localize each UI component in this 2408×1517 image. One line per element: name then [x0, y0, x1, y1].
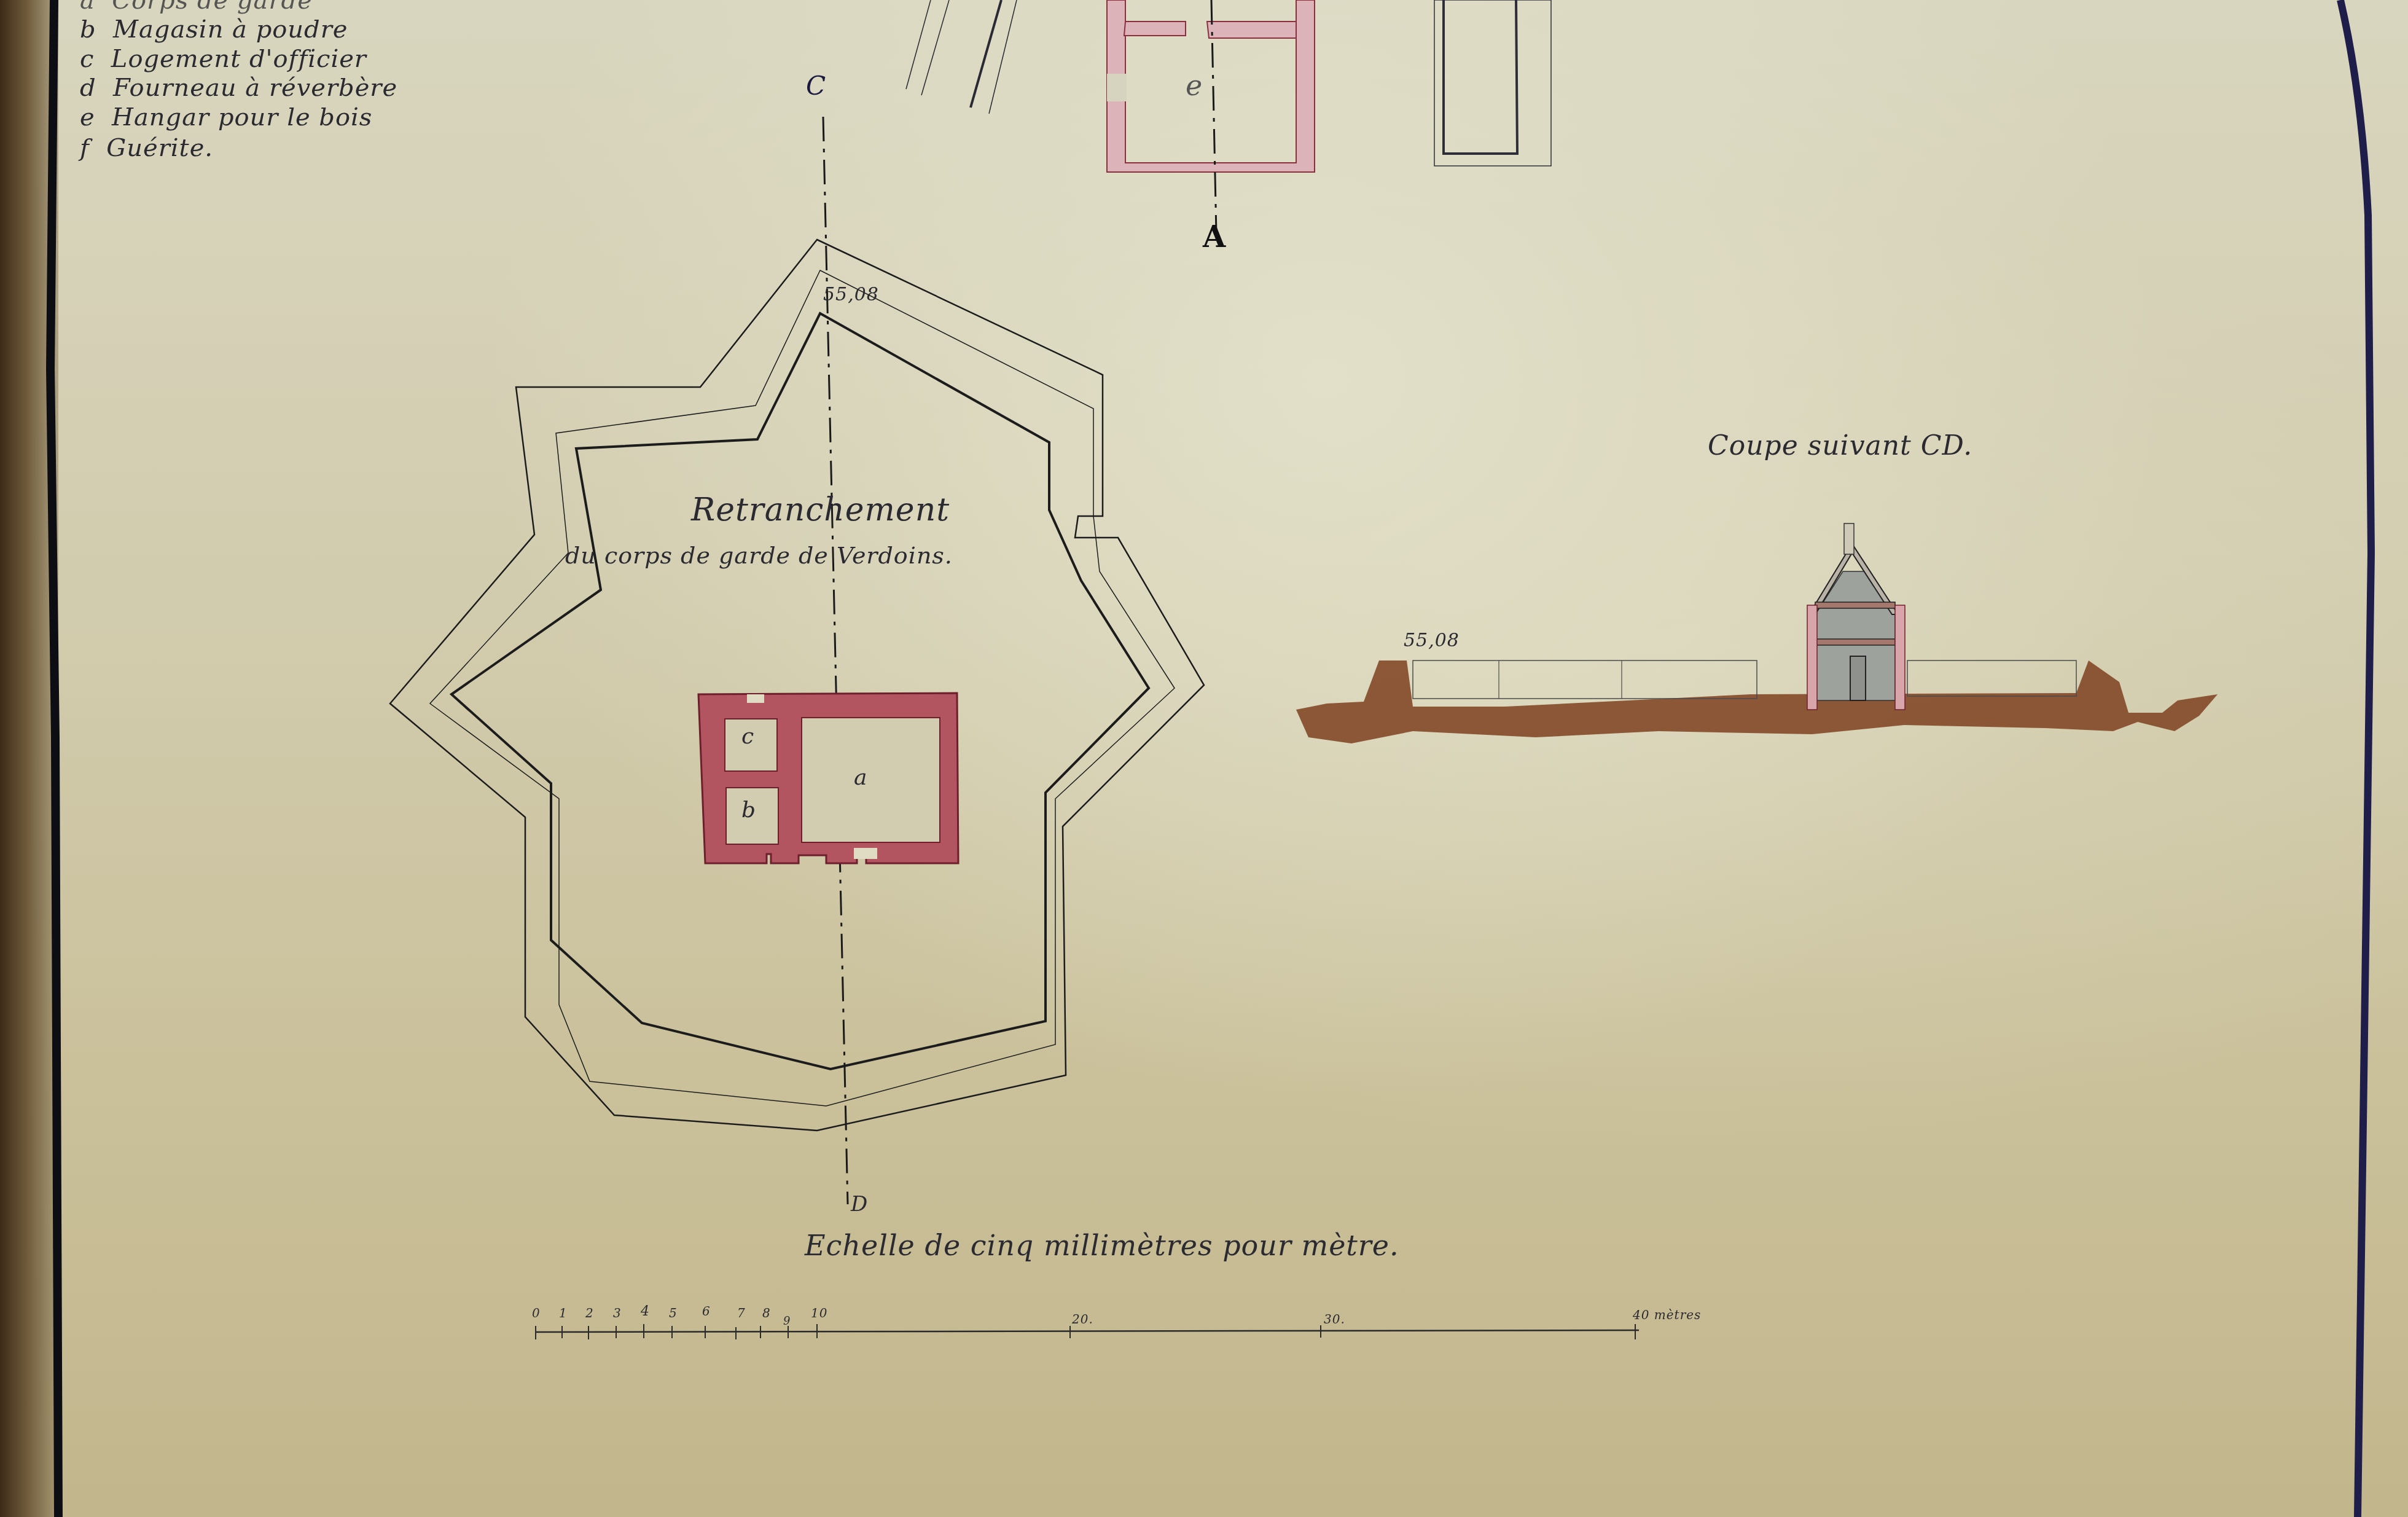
scale-major-label: 30. — [1324, 1312, 1345, 1327]
top-plan-room-label: e — [1186, 69, 1203, 102]
legend-item-b: b Magasin à poudre — [80, 15, 348, 44]
section-marker-c: C — [806, 71, 826, 101]
top-plan-hangar — [1107, 0, 1315, 172]
scale-tick-label: 10 — [811, 1306, 827, 1320]
legend-key: f — [80, 134, 90, 162]
legend-key: b — [80, 15, 96, 44]
plan-subtitle: du corps de garde de Verdoins. — [565, 542, 953, 569]
legend-key: d — [80, 74, 96, 102]
legend-key: a — [80, 0, 95, 15]
section-elevation: 55,08 — [1404, 630, 1460, 651]
plan-title: Retranchement — [691, 492, 950, 528]
legend-label: Logement d'officier — [111, 45, 367, 73]
top-plan-rectangle — [1434, 0, 1551, 166]
right-border-line — [2340, 0, 2371, 1517]
star-fort-plan — [390, 240, 1204, 1131]
scale-tick-label: 0 — [532, 1306, 541, 1320]
scale-tick-label: 8 — [762, 1306, 771, 1320]
scale-tick-label: 7 — [737, 1306, 746, 1320]
guardhouse-plan — [698, 693, 958, 863]
room-label-c: c — [741, 724, 754, 749]
scale-tick-label: 5 — [669, 1306, 678, 1320]
scale-tick-label: 9 — [783, 1315, 791, 1328]
room-label-b: b — [741, 798, 756, 823]
plan-elevation: 55,08 — [823, 284, 879, 305]
scale-tick-label: 2 — [585, 1306, 594, 1320]
scale-tick-label: 3 — [613, 1306, 622, 1320]
scale-tick-label: 1 — [559, 1306, 568, 1320]
door-a — [854, 848, 877, 859]
section-title: Coupe suivant CD. — [1708, 430, 1972, 461]
room-label-a: a — [854, 765, 867, 790]
legend-label: Fourneau à réverbère — [113, 74, 397, 102]
window-c — [747, 694, 764, 703]
section-marker-a: A — [1203, 220, 1226, 254]
scale-caption: Echelle de cinq millimètres pour mètre. — [805, 1229, 1399, 1262]
room-a — [802, 718, 940, 842]
scale-tick-label: 4 — [641, 1304, 650, 1319]
left-border-line — [50, 0, 58, 1517]
legend-item-d: d Fourneau à réverbère — [80, 74, 397, 102]
legend-label: Hangar pour le bois — [112, 103, 372, 131]
section-line-cd — [823, 117, 848, 1204]
legend-item-c: c Logement d'officier — [80, 45, 367, 73]
legend-key: e — [80, 103, 95, 131]
scale-major-label: 40 mètres — [1633, 1307, 1701, 1322]
section-marker-d: D — [851, 1192, 868, 1217]
legend-label: Corps de garde — [112, 0, 313, 15]
top-left-sketch — [906, 0, 1017, 114]
scale-tick-label: 6 — [702, 1304, 711, 1319]
legend-key: c — [80, 45, 94, 73]
legend-label: Magasin à poudre — [113, 15, 348, 44]
legend-item-f: f Guérite. — [80, 134, 213, 162]
legend-label: Guérite. — [106, 134, 213, 162]
legend-item-a: a Corps de garde — [80, 0, 313, 15]
scale-major-label: 20. — [1072, 1312, 1093, 1327]
legend-item-e: e Hangar pour le bois — [80, 103, 372, 131]
